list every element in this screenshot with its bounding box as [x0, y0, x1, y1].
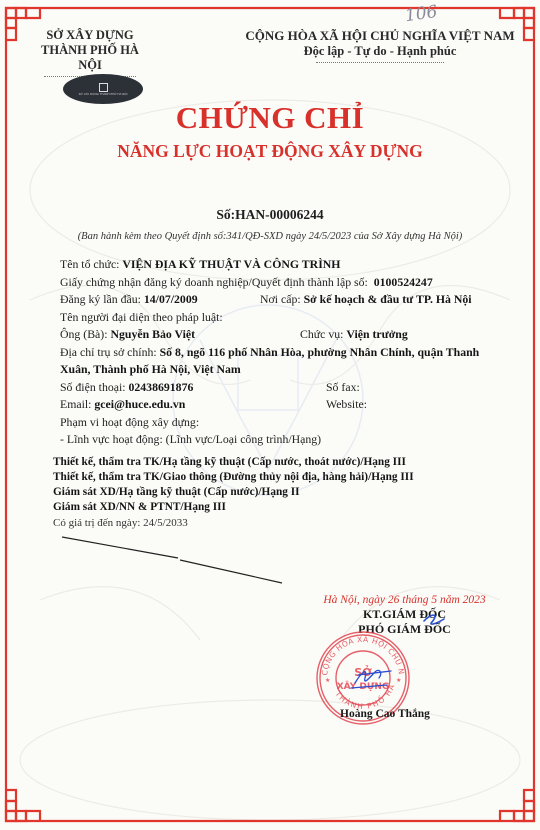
organization-details: Tên tổ chức: VIỆN ĐỊA KỸ THUẬT VÀ CÔNG T… — [60, 256, 490, 449]
svg-text:XÂY DỰNG: XÂY DỰNG — [337, 680, 390, 692]
registration-label: Giấy chứng nhận đăng ký doanh nghiệp/Quy… — [60, 275, 368, 289]
fax-label: Số fax: — [326, 380, 360, 394]
activity-fields-list: Thiết kế, thẩm tra TK/Hạ tầng kỹ thuật (… — [53, 455, 414, 515]
activity-field-item: Giám sát XD/Hạ tầng kỹ thuật (Cấp nước)/… — [53, 485, 414, 500]
scope-heading: Phạm vi hoạt động xây dựng: — [60, 414, 490, 432]
svg-text:THÀNH PHỐ HÀ NỘI: THÀNH PHỐ HÀ NỘI — [313, 628, 397, 711]
signer-name: Hoàng Cao Thắng — [340, 708, 430, 720]
motto-divider — [316, 62, 444, 63]
address-label: Địa chỉ trụ sở chính: — [60, 345, 160, 359]
org-name-label: Tên tổ chức: — [60, 257, 122, 271]
issuer-line-2: THÀNH PHỐ HÀ NỘI — [30, 43, 150, 73]
place-and-date: Hà Nội, ngày 26 tháng 5 năm 2023 — [292, 594, 517, 606]
representative-heading: Tên người đại diện theo pháp luật: — [60, 309, 490, 327]
activity-field-item: Thiết kế, thẩm tra TK/Giao thông (Đường … — [53, 470, 414, 485]
first-registration-label: Đăng ký lần đầu: — [60, 292, 144, 306]
svg-text:★: ★ — [325, 677, 330, 684]
email-row: Email: gcei@huce.edu.vn Website: — [60, 396, 490, 414]
certificate-number: Số:HAN-00006244 — [0, 207, 540, 223]
issued-by: Nơi cấp: Sở kế hoạch & đầu tư TP. Hà Nội — [260, 291, 472, 309]
issued-by-label: Nơi cấp: — [260, 292, 304, 306]
position: Chức vụ: Viện trưởng — [300, 326, 408, 344]
signer-role-2: PHÓ GIÁM ĐỐC — [292, 622, 517, 637]
nation-name: CỘNG HÒA XÃ HỘI CHỦ NGHĨA VIỆT NAM — [238, 28, 522, 43]
registration-value: 0100524247 — [374, 275, 433, 289]
representative-label: Ông (Bà): — [60, 327, 110, 341]
certificate-page: 106 SỞ XÂY DỰNG THÀNH PHỐ HÀ NỘI CỘNG HÒ… — [0, 0, 540, 830]
email-value: gcei@huce.edu.vn — [94, 397, 185, 411]
nation-motto: Độc lập - Tự do - Hạnh phúc — [238, 43, 522, 59]
certificate-title: CHỨNG CHỈ — [0, 100, 540, 136]
registration-row: Giấy chứng nhận đăng ký doanh nghiệp/Quy… — [60, 274, 490, 292]
website-label: Website: — [326, 397, 367, 411]
svg-text:★: ★ — [396, 677, 401, 684]
scope-subheading: - Lĩnh vực hoạt động: (Lĩnh vực/Loại côn… — [60, 431, 490, 449]
address-row: Địa chỉ trụ sở chính: Số 8, ngõ 116 phố … — [60, 344, 490, 362]
address-value-line-2: Xuân, Thành phố Hà Nội, Việt Nam — [60, 361, 490, 379]
address-value-line-1: Số 8, ngõ 116 phố Nhân Hòa, phường Nhân … — [160, 345, 480, 359]
activity-field-item: Giám sát XD/NN & PTNT/Hạng III — [53, 500, 414, 515]
ministry-emblem-icon — [99, 83, 108, 92]
issued-note: (Ban hành kèm theo Quyết định số:341/QĐ-… — [0, 231, 540, 242]
issuer-header: SỞ XÂY DỰNG THÀNH PHỐ HÀ NỘI — [30, 28, 150, 77]
signature-block: Hà Nội, ngày 26 tháng 5 năm 2023 KT.GIÁM… — [292, 594, 517, 637]
first-registration-value: 14/07/2009 — [144, 292, 198, 306]
issued-by-value: Sở kế hoạch & đầu tư TP. Hà Nội — [304, 292, 472, 306]
certificate-subtitle: NĂNG LỰC HOẠT ĐỘNG XÂY DỰNG — [0, 141, 540, 162]
position-value: Viện trưởng — [346, 327, 407, 341]
phone-value: 02438691876 — [128, 380, 193, 394]
phone-label: Số điện thoại: — [60, 380, 128, 394]
handwritten-number: 106 — [404, 2, 439, 26]
org-name-value: VIỆN ĐỊA KỸ THUẬT VÀ CÔNG TRÌNH — [122, 257, 340, 271]
website: Website: — [326, 396, 367, 414]
activity-field-item: Thiết kế, thẩm tra TK/Hạ tầng kỹ thuật (… — [53, 455, 414, 470]
first-registration-row: Đăng ký lần đầu: 14/07/2009 Nơi cấp: Sở … — [60, 291, 490, 309]
email-label: Email: — [60, 397, 94, 411]
position-label: Chức vụ: — [300, 327, 346, 341]
validity-date: Có giá trị đến ngày: 24/5/2033 — [53, 517, 188, 529]
nation-header: CỘNG HÒA XÃ HỘI CHỦ NGHĨA VIỆT NAM Độc l… — [238, 28, 522, 63]
org-name-row: Tên tổ chức: VIỆN ĐỊA KỸ THUẬT VÀ CÔNG T… — [60, 256, 490, 274]
representative-row: Ông (Bà): Nguyễn Bảo Việt Chức vụ: Viện … — [60, 326, 490, 344]
signer-role-1: KT.GIÁM ĐỐC — [292, 607, 517, 622]
phone-row: Số điện thoại: 02438691876 Số fax: — [60, 379, 490, 397]
fax: Số fax: — [326, 379, 360, 397]
svg-text:SỞ: SỞ — [354, 665, 372, 679]
logo-caption: SỞ XÂY DỰNG THÀNH PHỐ HÀ NỘI — [79, 93, 128, 96]
issuer-line-1: SỞ XÂY DỰNG — [30, 28, 150, 43]
representative-value: Nguyễn Bảo Việt — [110, 327, 195, 341]
